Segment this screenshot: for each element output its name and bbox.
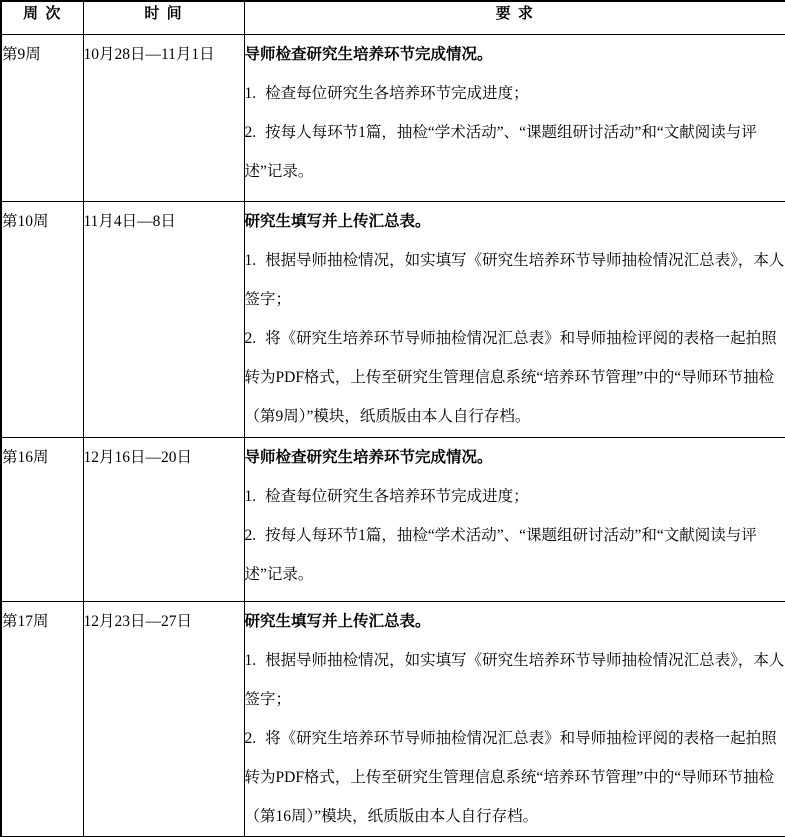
- requirement-item: 1.检查每位研究生各培养环节完成进度；: [245, 477, 785, 516]
- requirement-item: 1.根据导师抽检情况，如实填写《研究生培养环节导师抽检情况汇总表》，本人签字；: [245, 641, 785, 719]
- item-number: 2.: [245, 730, 266, 747]
- item-number: 1.: [245, 652, 266, 669]
- item-text: 按每人每环节1篇，抽检“学术活动”、“课题组研讨活动”和“文献阅读与评述”记录。: [245, 527, 757, 583]
- week-cell: 第9周: [1, 35, 83, 202]
- item-text: 将《研究生培养环节导师抽检情况汇总表》和导师抽检评阅的表格一起拍照转为PDF格式…: [245, 730, 777, 825]
- item-text: 根据导师抽检情况，如实填写《研究生培养环节导师抽检情况汇总表》，本人签字；: [245, 652, 785, 708]
- table-row: 第17周 12月23日—27日 研究生填写并上传汇总表。 1.根据导师抽检情况，…: [1, 602, 785, 837]
- requirement-item: 2.按每人每环节1篇，抽检“学术活动”、“课题组研讨活动”和“文献阅读与评述”记…: [245, 516, 785, 594]
- week-cell: 第10周: [1, 202, 83, 438]
- column-header-requirements: 要 求: [244, 1, 785, 35]
- column-header-time: 时 间: [83, 1, 244, 35]
- item-number: 1.: [245, 488, 266, 505]
- header-row: 周 次 时 间 要 求: [1, 1, 785, 35]
- item-number: 2.: [245, 330, 266, 347]
- column-header-week: 周 次: [1, 1, 83, 35]
- schedule-document: 周 次 时 间 要 求 第9周 10月28日—11月1日 导师检查研究生培养环节…: [0, 0, 785, 837]
- item-text: 检查每位研究生各培养环节完成进度；: [265, 488, 529, 505]
- time-cell: 12月16日—20日: [83, 438, 244, 602]
- week-cell: 第16周: [1, 438, 83, 602]
- requirements-cell: 导师检查研究生培养环节完成情况。 1.检查每位研究生各培养环节完成进度； 2.按…: [244, 438, 785, 602]
- requirements-cell: 研究生填写并上传汇总表。 1.根据导师抽检情况，如实填写《研究生培养环节导师抽检…: [244, 202, 785, 438]
- requirement-item: 2.按每人每环节1篇，抽检“学术活动”、“课题组研讨活动”和“文献阅读与评述”记…: [245, 113, 785, 191]
- requirement-title: 研究生填写并上传汇总表。: [245, 202, 785, 241]
- training-schedule-table: 周 次 时 间 要 求 第9周 10月28日—11月1日 导师检查研究生培养环节…: [0, 0, 785, 837]
- time-cell: 12月23日—27日: [83, 602, 244, 837]
- table-row: 第16周 12月16日—20日 导师检查研究生培养环节完成情况。 1.检查每位研…: [1, 438, 785, 602]
- requirement-title: 导师检查研究生培养环节完成情况。: [245, 35, 785, 74]
- item-text: 按每人每环节1篇，抽检“学术活动”、“课题组研讨活动”和“文献阅读与评述”记录。: [245, 124, 757, 180]
- table-row: 第9周 10月28日—11月1日 导师检查研究生培养环节完成情况。 1.检查每位…: [1, 35, 785, 202]
- item-number: 1.: [245, 252, 266, 269]
- item-text: 根据导师抽检情况，如实填写《研究生培养环节导师抽检情况汇总表》，本人签字；: [245, 252, 785, 308]
- item-number: 2.: [245, 527, 266, 544]
- requirements-cell: 导师检查研究生培养环节完成情况。 1.检查每位研究生各培养环节完成进度； 2.按…: [244, 35, 785, 202]
- requirement-item: 2.将《研究生培养环节导师抽检情况汇总表》和导师抽检评阅的表格一起拍照转为PDF…: [245, 719, 785, 836]
- requirement-title: 研究生填写并上传汇总表。: [245, 602, 785, 641]
- requirement-item: 2.将《研究生培养环节导师抽检情况汇总表》和导师抽检评阅的表格一起拍照转为PDF…: [245, 319, 785, 436]
- item-text: 检查每位研究生各培养环节完成进度；: [265, 85, 529, 102]
- item-number: 1.: [245, 85, 266, 102]
- requirement-title: 导师检查研究生培养环节完成情况。: [245, 438, 785, 477]
- time-cell: 10月28日—11月1日: [83, 35, 244, 202]
- item-number: 2.: [245, 124, 266, 141]
- requirement-item: 1.根据导师抽检情况，如实填写《研究生培养环节导师抽检情况汇总表》，本人签字；: [245, 241, 785, 319]
- time-cell: 11月4日—8日: [83, 202, 244, 438]
- table-row: 第10周 11月4日—8日 研究生填写并上传汇总表。 1.根据导师抽检情况，如实…: [1, 202, 785, 438]
- item-text: 将《研究生培养环节导师抽检情况汇总表》和导师抽检评阅的表格一起拍照转为PDF格式…: [245, 330, 777, 425]
- week-cell: 第17周: [1, 602, 83, 837]
- requirement-item: 1.检查每位研究生各培养环节完成进度；: [245, 74, 785, 113]
- requirements-cell: 研究生填写并上传汇总表。 1.根据导师抽检情况，如实填写《研究生培养环节导师抽检…: [244, 602, 785, 837]
